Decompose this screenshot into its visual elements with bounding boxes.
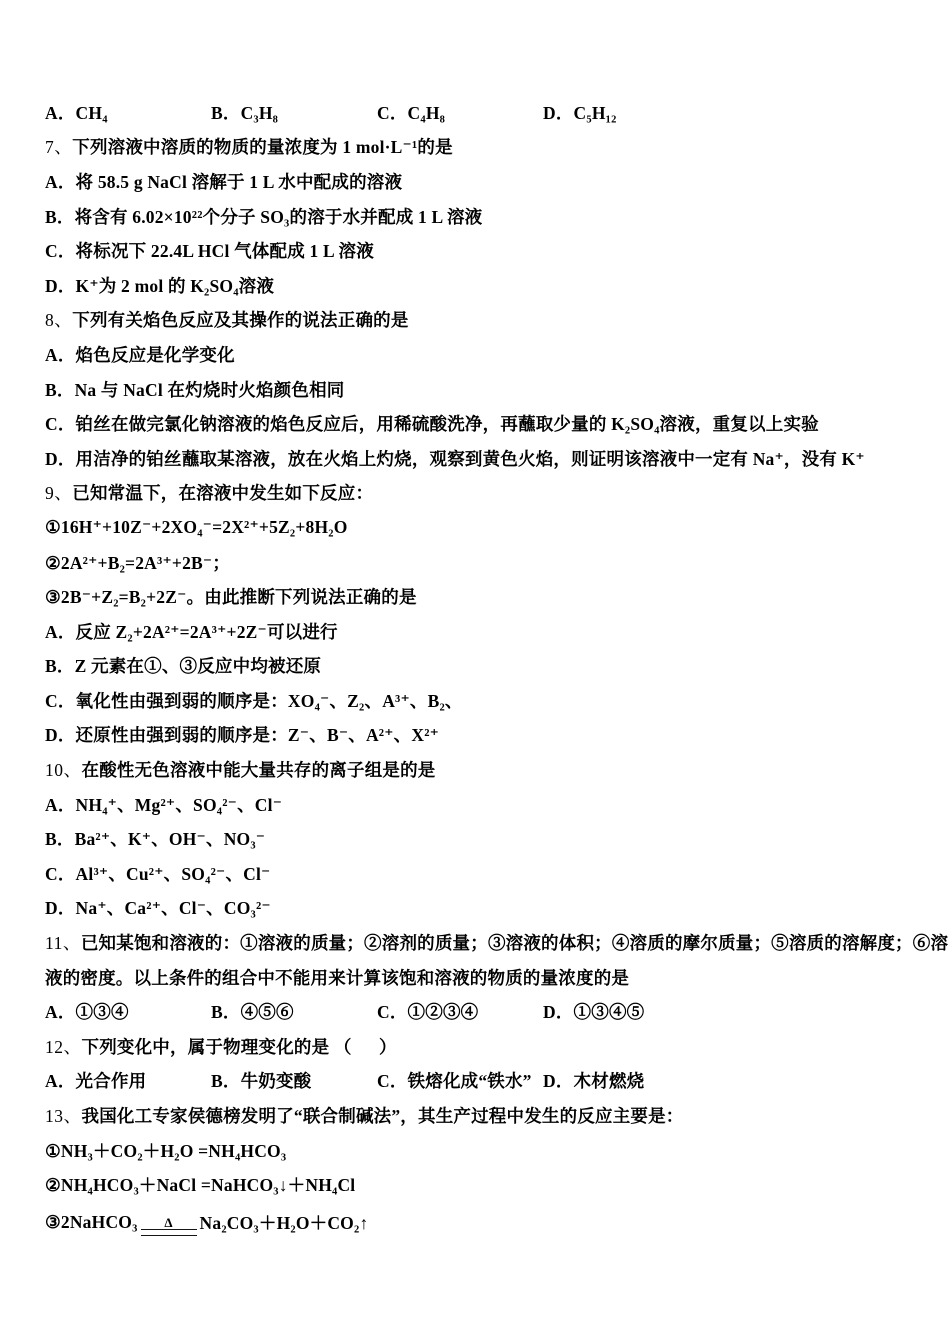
- q11-option-d: D．①③④⑤: [543, 999, 644, 1024]
- q13-stem: 13、我国化工专家侯德榜发明了“联合制碱法”，其生产过程中发生的反应主要是：: [45, 1098, 905, 1133]
- q6-option-b: B．C₃H₈: [211, 100, 377, 125]
- q10-option-b: B．Ba²⁺、K⁺、OH⁻、NO₃⁻: [45, 821, 905, 856]
- option-text: B．Ba²⁺、K⁺、OH⁻、NO₃⁻: [45, 826, 265, 851]
- q11-option-b: B．④⑤⑥: [211, 999, 377, 1024]
- option-text: D．用洁净的铂丝蘸取某溶液，放在火焰上灼烧，观察到黄色火焰，则证明该溶液中一定有…: [45, 446, 865, 471]
- q13-reaction-3: ③2NaHCO₃ Δ Na₂CO₃＋H₂O＋CO₂↑: [45, 1202, 905, 1242]
- q7-stem: 7、下列溶液中溶质的物质的量浓度为 1 mol·L⁻¹的是: [45, 130, 905, 165]
- q6-option-a: A．CH₄: [45, 100, 211, 125]
- q9-reaction-1: ①16H⁺+10Z⁻+2XO₄⁻=2X²⁺+5Z₂+8H₂O: [45, 510, 905, 545]
- q6-option-c: C．C₄H₈: [377, 100, 543, 125]
- q8-stem-text: 下列有关焰色反应及其操作的说法正确的是: [72, 307, 408, 332]
- q10-stem: 10、在酸性无色溶液中能大量共存的离子组是的是: [45, 752, 905, 787]
- q8-option-c: C．铂丝在做完氯化钠溶液的焰色反应后，用稀硫酸洗净，再蘸取少量的 K₂SO₄溶液…: [45, 406, 905, 441]
- q7-option-c: C．将标况下 22.4L HCl 气体配成 1 L 溶液: [45, 233, 905, 268]
- option-text: C．氧化性由强到弱的顺序是：XO₄⁻、Z₂、A³⁺、B₂、: [45, 688, 463, 713]
- q7-option-a: A．将 58.5 g NaCl 溶解于 1 L 水中配成的溶液: [45, 164, 905, 199]
- equation-text: ②2A²⁺+B₂=2A³⁺+2B⁻；: [45, 550, 230, 575]
- q12-option-a: A．光合作用: [45, 1068, 211, 1093]
- q9-option-c: C．氧化性由强到弱的顺序是：XO₄⁻、Z₂、A³⁺、B₂、: [45, 683, 905, 718]
- equation-text: ②NH₄HCO₃＋NaCl =NaHCO₃↓＋NH₄Cl: [45, 1172, 355, 1197]
- q8-option-b: B．Na 与 NaCl 在灼烧时火焰颜色相同: [45, 372, 905, 407]
- q9-option-a: A．反应 Z₂+2A²⁺=2A³⁺+2Z⁻可以进行: [45, 614, 905, 649]
- exam-paper-page: A．CH₄ B．C₃H₈ C．C₄H₈ D．C₅H₁₂ 7、下列溶液中溶质的物质…: [0, 0, 950, 1344]
- q12-option-d: D．木材燃烧: [543, 1068, 644, 1093]
- q9-reaction-3: ③2B⁻+Z₂=B₂+2Z⁻。由此推断下列说法正确的是: [45, 579, 905, 614]
- q9-number: 9、: [45, 480, 72, 505]
- q11-option-a: A．①③④: [45, 999, 211, 1024]
- q11-stem-text: 已知某饱和溶液的：①溶液的质量；②溶剂的质量；③溶液的体积；④溶质的摩尔质量；⑤…: [81, 930, 948, 955]
- q9-option-d: D．还原性由强到弱的顺序是：Z⁻、B⁻、A²⁺、X²⁺: [45, 718, 905, 753]
- equation-text: ①NH₃＋CO₂＋H₂O =NH₄HCO₃: [45, 1138, 286, 1163]
- q12-stem: 12、下列变化中，属于物理变化的是 （ ）: [45, 1029, 905, 1064]
- option-text: D．Na⁺、Ca²⁺、Cl⁻、CO₃²⁻: [45, 895, 271, 920]
- option-text: B．Na 与 NaCl 在灼烧时火焰颜色相同: [45, 377, 344, 402]
- q11-stem-text-continued: 液的密度。以上条件的组合中不能用来计算该饱和溶液的物质的量浓度的是: [45, 965, 629, 990]
- q9-reaction-2: ②2A²⁺+B₂=2A³⁺+2B⁻；: [45, 545, 905, 580]
- option-text: D．还原性由强到弱的顺序是：Z⁻、B⁻、A²⁺、X²⁺: [45, 722, 439, 747]
- q11-stem: 11、已知某饱和溶液的：①溶液的质量；②溶剂的质量；③溶液的体积；④溶质的摩尔质…: [45, 925, 905, 960]
- q7-option-d: D．K⁺为 2 mol 的 K₂SO₄溶液: [45, 268, 905, 303]
- q10-option-d: D．Na⁺、Ca²⁺、Cl⁻、CO₃²⁻: [45, 891, 905, 926]
- option-text: A．焰色反应是化学变化: [45, 342, 235, 367]
- heated-equals-symbol: Δ: [141, 1216, 197, 1237]
- q11-number: 11、: [45, 930, 81, 955]
- q11-option-c: C．①②③④: [377, 999, 543, 1024]
- delta-heat-icon: Δ: [164, 1216, 172, 1230]
- q8-option-a: A．焰色反应是化学变化: [45, 337, 905, 372]
- q8-number: 8、: [45, 307, 72, 332]
- option-text: C．铂丝在做完氯化钠溶液的焰色反应后，用稀硫酸洗净，再蘸取少量的 K₂SO₄溶液…: [45, 411, 819, 436]
- q12-number: 12、: [45, 1034, 82, 1059]
- q12-stem-text: 下列变化中，属于物理变化的是 （ ）: [82, 1034, 397, 1059]
- q11-stem-line2: 液的密度。以上条件的组合中不能用来计算该饱和溶液的物质的量浓度的是: [45, 960, 905, 995]
- q12-option-c: C．铁熔化成“铁水”: [377, 1068, 543, 1093]
- q10-option-a: A．NH₄⁺、Mg²⁺、SO₄²⁻、Cl⁻: [45, 787, 905, 822]
- double-line-equals: [141, 1229, 197, 1236]
- q7-stem-text: 下列溶液中溶质的物质的量浓度为 1 mol·L⁻¹的是: [72, 134, 453, 159]
- q8-option-d: D．用洁净的铂丝蘸取某溶液，放在火焰上灼烧，观察到黄色火焰，则证明该溶液中一定有…: [45, 441, 905, 476]
- q13-reaction-1: ①NH₃＋CO₂＋H₂O =NH₄HCO₃: [45, 1133, 905, 1168]
- q10-stem-text: 在酸性无色溶液中能大量共存的离子组是的是: [82, 757, 436, 782]
- option-text: A．反应 Z₂+2A²⁺=2A³⁺+2Z⁻可以进行: [45, 619, 338, 644]
- option-text: B．Z 元素在①、③反应中均被还原: [45, 653, 321, 678]
- q6-option-d: D．C₅H₁₂: [543, 100, 617, 125]
- q12-options-row: A．光合作用 B．牛奶变酸 C．铁熔化成“铁水” D．木材燃烧: [45, 1064, 905, 1099]
- q7-option-b: B．将含有 6.02×10²²个分子 SO₃的溶于水并配成 1 L 溶液: [45, 199, 905, 234]
- q11-options-row: A．①③④ B．④⑤⑥ C．①②③④ D．①③④⑤: [45, 994, 905, 1029]
- q9-stem: 9、已知常温下，在溶液中发生如下反应：: [45, 476, 905, 511]
- option-text: D．K⁺为 2 mol 的 K₂SO₄溶液: [45, 273, 274, 298]
- q6-options-row: A．CH₄ B．C₃H₈ C．C₄H₈ D．C₅H₁₂: [45, 95, 905, 130]
- q13-reaction-2: ②NH₄HCO₃＋NaCl =NaHCO₃↓＋NH₄Cl: [45, 1167, 905, 1202]
- q10-number: 10、: [45, 757, 82, 782]
- q12-option-b: B．牛奶变酸: [211, 1068, 377, 1093]
- q13-stem-text: 我国化工专家侯德榜发明了“联合制碱法”，其生产过程中发生的反应主要是：: [82, 1103, 684, 1128]
- q7-number: 7、: [45, 134, 72, 159]
- option-text: C．Al³⁺、Cu²⁺、SO₄²⁻、Cl⁻: [45, 861, 271, 886]
- q13-number: 13、: [45, 1103, 82, 1128]
- option-text: B．将含有 6.02×10²²个分子 SO₃的溶于水并配成 1 L 溶液: [45, 204, 482, 229]
- q9-stem-text: 已知常温下，在溶液中发生如下反应：: [72, 480, 373, 505]
- q9-option-b: B．Z 元素在①、③反应中均被还原: [45, 649, 905, 684]
- option-text: C．将标况下 22.4L HCl 气体配成 1 L 溶液: [45, 238, 374, 263]
- option-text: A．将 58.5 g NaCl 溶解于 1 L 水中配成的溶液: [45, 169, 402, 194]
- q13-reaction-3-rhs: Na₂CO₃＋H₂O＋CO₂↑: [200, 1210, 369, 1235]
- q10-option-c: C．Al³⁺、Cu²⁺、SO₄²⁻、Cl⁻: [45, 856, 905, 891]
- equation-text: ③2B⁻+Z₂=B₂+2Z⁻。由此推断下列说法正确的是: [45, 584, 417, 609]
- equation-text: ①16H⁺+10Z⁻+2XO₄⁻=2X²⁺+5Z₂+8H₂O: [45, 517, 348, 538]
- option-text: A．NH₄⁺、Mg²⁺、SO₄²⁻、Cl⁻: [45, 792, 282, 817]
- q13-reaction-3-lhs: ③2NaHCO₃: [45, 1212, 138, 1233]
- q8-stem: 8、下列有关焰色反应及其操作的说法正确的是: [45, 303, 905, 338]
